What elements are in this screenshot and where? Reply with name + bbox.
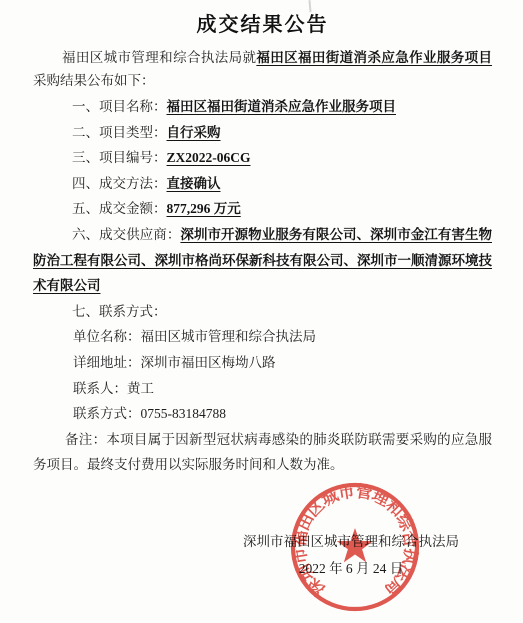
- contact-value: 福田区城市管理和综合执法局: [141, 329, 317, 344]
- contact-label: 联系人：: [73, 381, 127, 396]
- remark-paragraph: 备注：本项目属于因新型冠状病毒感染的肺炎联防联需要采购的应急服务项目。最终支付费…: [33, 427, 492, 478]
- intro-suffix: 采购结果公布如下：: [33, 73, 155, 88]
- item-project-type: 二、项目类型：自行采购: [33, 120, 492, 146]
- intro-project-name: 福田区福田街道消杀应急作业服务项目: [256, 50, 492, 65]
- scan-artifact: [308, 0, 315, 12]
- item-value: 自行采购: [167, 125, 221, 140]
- contact-org-name: 单位名称：福田区城市管理和综合执法局: [33, 324, 492, 350]
- document-title: 成交结果公告: [33, 13, 492, 37]
- item-value: 直接确认: [167, 176, 221, 191]
- item-value: 福田区福田街道消杀应急作业服务项目: [167, 99, 397, 114]
- contact-value: 深圳市福田区梅坳八路: [141, 355, 276, 370]
- item-label: 三、项目编号：: [72, 150, 167, 165]
- contact-value: 0755-83184788: [141, 406, 227, 421]
- item-label: 一、项目名称：: [72, 99, 167, 114]
- item-label: 七、联系方式：: [72, 304, 167, 319]
- announcement-document: 成交结果公告 福田区城市管理和综合执法局就福田区福田街道消杀应急作业服务项目采购…: [0, 0, 523, 623]
- contact-person: 联系人：黄工: [33, 376, 492, 402]
- intro-prefix: 福田区城市管理和综合执法局就: [62, 50, 256, 65]
- contact-value: 黄工: [127, 381, 154, 396]
- item-suppliers: 六、成交供应商：深圳市开源物业服务有限公司、深圳市金江有害生物防治工程有限公司、…: [33, 222, 492, 299]
- item-value: ZX2022-06CG: [167, 150, 251, 165]
- contact-phone: 联系方式：0755-83184788: [33, 401, 492, 427]
- item-project-number: 三、项目编号：ZX2022-06CG: [33, 145, 492, 171]
- item-project-name: 一、项目名称：福田区福田街道消杀应急作业服务项目: [33, 94, 492, 120]
- item-label: 二、项目类型：: [72, 125, 167, 140]
- item-deal-amount: 五、成交金额：877,296 万元: [33, 196, 492, 222]
- contact-label: 联系方式：: [73, 406, 141, 421]
- signature-date: 2022 年 6 月 24 日: [243, 555, 459, 582]
- contact-address: 详细地址：深圳市福田区梅坳八路: [33, 350, 492, 376]
- item-label: 四、成交方法：: [72, 176, 167, 191]
- remark-label: 备注：: [65, 432, 106, 447]
- contact-label: 单位名称：: [73, 329, 141, 344]
- signature-block: 深圳市福田区城市管理和综合执法局 2022 年 6 月 24 日: [243, 528, 459, 582]
- announcement-body: 一、项目名称：福田区福田街道消杀应急作业服务项目 二、项目类型：自行采购 三、项…: [33, 94, 492, 478]
- item-deal-method: 四、成交方法：直接确认: [33, 171, 492, 197]
- item-value: 877,296 万元: [167, 201, 241, 216]
- item-contact-heading: 七、联系方式：: [33, 299, 492, 325]
- signature-org: 深圳市福田区城市管理和综合执法局: [243, 528, 459, 555]
- item-label: 六、成交供应商：: [72, 227, 180, 242]
- contact-label: 详细地址：: [73, 355, 141, 370]
- intro-paragraph: 福田区城市管理和综合执法局就福田区福田街道消杀应急作业服务项目采购结果公布如下：: [33, 46, 492, 92]
- item-label: 五、成交金额：: [72, 201, 167, 216]
